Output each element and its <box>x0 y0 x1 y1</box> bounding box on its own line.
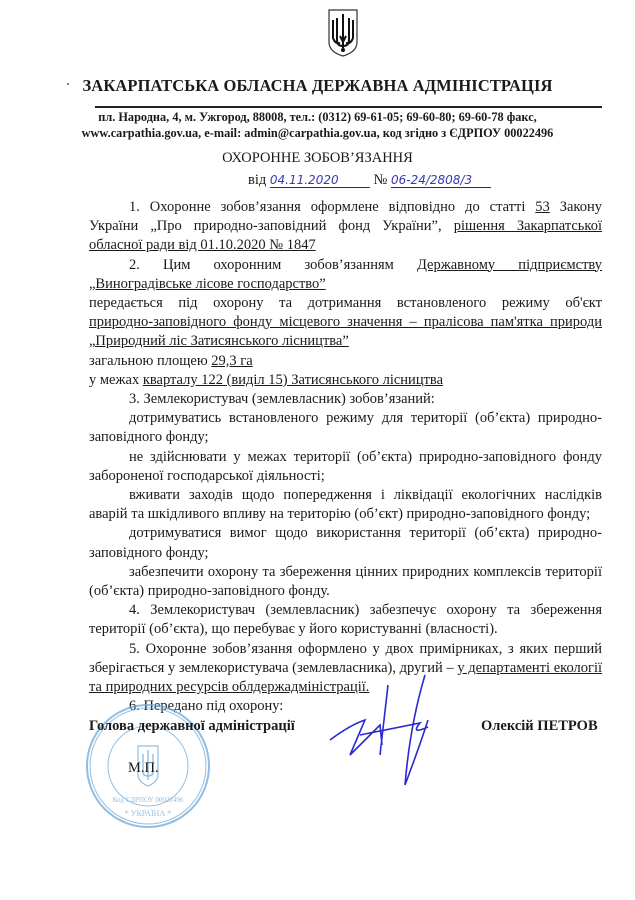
protected-object: природно-заповідного фонду місцевого зна… <box>89 314 602 349</box>
area-value: 29,3 га <box>211 353 252 369</box>
article-number: 53 <box>535 199 550 215</box>
svg-text:Код ЄДРПОУ 00022496: Код ЄДРПОУ 00022496 <box>113 796 184 804</box>
p2-location-line: у межах кварталу 122 (виділ 15) Затисянс… <box>89 371 602 390</box>
p1-text: 1. Охоронне зобов’язання оформлене відпо… <box>129 199 535 215</box>
paragraph-3-head: 3. Землекористувач (землевласник) зобов’… <box>89 390 602 409</box>
organization-name: ЗАКАРПАТСЬКА ОБЛАСНА ДЕРЖАВНА АДМІНІСТРА… <box>0 76 635 96</box>
signatory-name: Олексій ПЕТРОВ <box>481 718 598 735</box>
document-body: 1. Охоронне зобов’язання оформлене відпо… <box>89 198 602 716</box>
paragraph-1: 1. Охоронне зобов’язання оформлене відпо… <box>89 198 602 256</box>
trident-coat-of-arms-icon <box>327 8 359 58</box>
location-value: кварталу 122 (виділ 15) Затисянського лі… <box>143 372 443 388</box>
number-prefix: № <box>374 172 388 188</box>
p2-transfer: передається під охорону та дотримання вс… <box>89 294 602 313</box>
svg-text:* УКРАЇНА *: * УКРАЇНА * <box>125 809 171 818</box>
paragraph-2: 2. Цим охоронним зобов’язанням Державном… <box>89 256 602 294</box>
obligation-item: забезпечити охорону та збереження цінних… <box>89 563 602 601</box>
header-divider <box>95 106 602 108</box>
date-prefix: від <box>248 172 266 188</box>
handwritten-signature <box>310 665 440 795</box>
p2-object-line: природно-заповідного фонду місцевого зна… <box>89 313 602 351</box>
p2-text: 2. Цим охоронним зобов’язанням <box>129 257 417 273</box>
date-value: 04.11.2020 <box>270 173 370 188</box>
obligation-item: не здійснювати у межах території (об’єкт… <box>89 448 602 486</box>
date-number-line: від 04.11.2020 № 06-24/2808/3 <box>248 172 491 189</box>
seal-place-label: М.П. <box>128 760 159 777</box>
location-prefix: у межах <box>89 372 143 388</box>
obligation-item: вживати заходів щодо попередження і лікв… <box>89 486 602 524</box>
obligation-item: дотримуватись встановленого режиму для т… <box>89 409 602 447</box>
document-title: ОХОРОННЕ ЗОБОВ’ЯЗАННЯ <box>0 150 635 167</box>
address-line-2: www.carpathia.gov.ua, e-mail: admin@carp… <box>0 126 635 141</box>
obligation-item: дотримуватися вимог щодо використання те… <box>89 524 602 562</box>
p2-area-line: загальною площею 29,3 га <box>89 352 602 371</box>
signatory-position: Голова державної адміністрації <box>89 718 295 735</box>
number-value: 06-24/2808/3 <box>391 173 491 188</box>
paragraph-4: 4. Землекористувач (землевласник) забезп… <box>89 601 602 639</box>
address-line-1: пл. Народна, 4, м. Ужгород, 88008, тел.:… <box>0 110 635 125</box>
area-prefix: загальною площею <box>89 353 211 369</box>
